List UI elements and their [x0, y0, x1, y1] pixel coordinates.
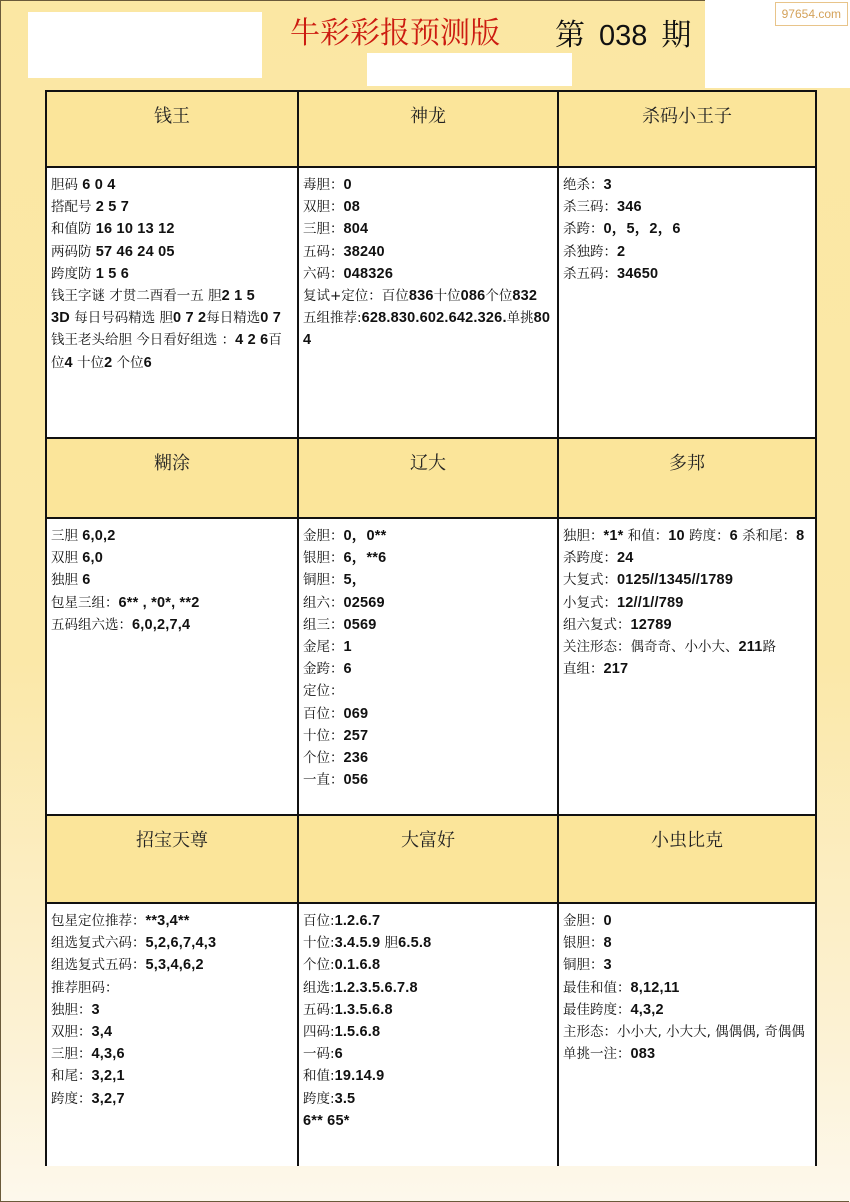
- line-label: 双胆：: [303, 199, 344, 215]
- blank-subtitle-area: [367, 53, 572, 86]
- line-value: 3,2,7: [92, 1091, 125, 1107]
- prediction-cell: 包星定位推荐：**3,4**组选复式六码：5,2,6,7,4,3组选复式五码：5…: [46, 903, 298, 1166]
- expert-name-cell: 辽大: [298, 438, 558, 518]
- line-value: 6: [730, 528, 738, 544]
- prediction-line: 单挑一注：083: [563, 1043, 811, 1065]
- prediction-line: 和值:19.14.9: [303, 1065, 553, 1087]
- issue-suffix: 期: [661, 19, 691, 52]
- line-label: 关注形态：偶奇奇、小小大、: [563, 639, 739, 655]
- line-label: 包星定位推荐：: [51, 913, 146, 929]
- page-title: 牛彩彩报预测版: [290, 14, 500, 54]
- header-row: 糊涂辽大多邦: [46, 438, 816, 518]
- line-label: 双胆：: [51, 1024, 92, 1040]
- line-label: 定位：: [303, 683, 344, 699]
- line-label: 个位:: [303, 957, 335, 973]
- line-value: 0，0**: [344, 528, 387, 544]
- prediction-line: 个位:0.1.6.8: [303, 954, 553, 976]
- header-row: 招宝天尊大富好小虫比克: [46, 815, 816, 903]
- line-value: 3,2,1: [92, 1068, 125, 1084]
- line-label: 五码组六选：: [51, 617, 132, 633]
- line-label: 钱王老头给胆 今日看好组选 ：: [51, 332, 235, 348]
- prediction-line: 独胆：*1* 和值：10 跨度：6 杀和尾：8 杀跨度：24: [563, 525, 811, 569]
- line-value: 6,0,2,7,4: [132, 617, 190, 633]
- prediction-line: 关注形态：偶奇奇、小小大、211路: [563, 636, 811, 658]
- prediction-line: 最佳和值：8,12,11: [563, 977, 811, 999]
- line-label: 跨度防: [51, 266, 96, 282]
- line-label: 跨度：: [685, 528, 730, 544]
- prediction-line: 两码防 57 46 24 05: [51, 241, 293, 263]
- line-value: 34650: [617, 266, 658, 282]
- line-label: 每日号码精选 胆: [70, 310, 173, 326]
- content-row: 胆码 6 0 4搭配号 2 5 7和值防 16 10 13 12两码防 57 4…: [46, 167, 816, 438]
- line-value: 2: [617, 244, 625, 260]
- prediction-line: 主形态：小小大, 小大大, 偶偶偶, 奇偶偶: [563, 1021, 811, 1043]
- line-label: 十位: [434, 288, 461, 304]
- prediction-line: 十位：257: [303, 725, 553, 747]
- line-label: 搭配号: [51, 199, 96, 215]
- line-label: 百位:: [303, 913, 335, 929]
- prediction-line: 组三：0569: [303, 614, 553, 636]
- prediction-line: 杀五码：34650: [563, 263, 811, 285]
- line-value: 8: [604, 935, 612, 951]
- prediction-line: 三胆：4,3,6: [51, 1043, 293, 1065]
- line-label: 两码防: [51, 244, 96, 260]
- line-label: 十位: [73, 355, 104, 371]
- prediction-line: 双胆：3,4: [51, 1021, 293, 1043]
- line-value: 4 2 6: [235, 332, 268, 348]
- line-label: 一直：: [303, 772, 344, 788]
- line-label: 组六复式：: [563, 617, 631, 633]
- line-value: 24: [617, 550, 634, 566]
- line-value: 12//1//789: [617, 595, 684, 611]
- prediction-line: 跨度：3,2,7: [51, 1088, 293, 1110]
- prediction-line: 十位:3.4.5.9 胆6.5.8: [303, 932, 553, 954]
- line-value: 8,12,11: [631, 980, 680, 996]
- prediction-line: 包星三组：6** , *0*, **2: [51, 592, 293, 614]
- line-value: 4,3,6: [92, 1046, 125, 1062]
- prediction-list: 绝杀：3杀三码：346杀跨：0，5，2，6杀独跨：2杀五码：34650: [559, 168, 815, 285]
- prediction-line: 金胆：0: [563, 910, 811, 932]
- line-label: 杀跨度：: [563, 550, 617, 566]
- line-label: 四码:: [303, 1024, 335, 1040]
- content-row: 包星定位推荐：**3,4**组选复式六码：5,2,6,7,4,3组选复式五码：5…: [46, 903, 816, 1166]
- prediction-line: 大复式：0125//1345//1789: [563, 569, 811, 591]
- prediction-line: 和值防 16 10 13 12: [51, 218, 293, 240]
- line-label: 个位：: [303, 750, 344, 766]
- prediction-line: 独胆 6: [51, 569, 293, 591]
- prediction-line: 五码组六选：6,0,2,7,4: [51, 614, 293, 636]
- line-value: 3: [604, 177, 612, 193]
- line-value: 0，5，2，6: [604, 221, 681, 237]
- prediction-line: 组选:1.2.3.5.6.7.8: [303, 977, 553, 999]
- prediction-list: 金胆：0银胆：8铜胆：3最佳和值：8,12,11最佳跨度：4,3,2主形态：小小…: [559, 904, 815, 1065]
- prediction-line: 杀独跨：2: [563, 241, 811, 263]
- line-value: 0: [604, 913, 612, 929]
- prediction-line: 胆码 6 0 4: [51, 174, 293, 196]
- prediction-line: 小复式：12//1//789: [563, 592, 811, 614]
- line-value: 6: [144, 355, 152, 371]
- line-value: 836: [409, 288, 434, 304]
- line-value: 3: [604, 957, 612, 973]
- prediction-line: 双胆 6,0: [51, 547, 293, 569]
- line-label: 百位：: [303, 706, 344, 722]
- line-value: 1: [344, 639, 352, 655]
- line-value: 0: [344, 177, 352, 193]
- watermark-link[interactable]: 97654.com: [775, 2, 848, 26]
- prediction-line: 搭配号 2 5 7: [51, 196, 293, 218]
- line-value: 0 7 2: [173, 310, 206, 326]
- line-label: 金尾：: [303, 639, 344, 655]
- prediction-line: 钱王老头给胆 今日看好组选 ：4 2 6百位4 十位2 个位6: [51, 329, 293, 373]
- line-label: 独胆：: [51, 1002, 92, 1018]
- line-label: 银胆：: [563, 935, 604, 951]
- line-label: 和值:: [303, 1068, 335, 1084]
- line-value: 048326: [344, 266, 394, 282]
- line-value: 1 5 6: [96, 266, 129, 282]
- prediction-line: 跨度防 1 5 6: [51, 263, 293, 285]
- line-label: 双胆: [51, 550, 82, 566]
- prediction-list: 胆码 6 0 4搭配号 2 5 7和值防 16 10 13 12两码防 57 4…: [47, 168, 297, 374]
- line-value: 3: [92, 1002, 100, 1018]
- line-value: *1*: [604, 528, 624, 544]
- line-value: 5,3,4,6,2: [146, 957, 204, 973]
- line-label: 六码：: [303, 266, 344, 282]
- prediction-line: 金尾：1: [303, 636, 553, 658]
- expert-name-cell: 招宝天尊: [46, 815, 298, 903]
- prediction-line: 3D 每日号码精选 胆0 7 2每日精选0 7: [51, 307, 293, 329]
- prediction-list: 包星定位推荐：**3,4**组选复式六码：5,2,6,7,4,3组选复式五码：5…: [47, 904, 297, 1110]
- line-value: 6，**6: [344, 550, 387, 566]
- expert-name: 辽大: [410, 453, 446, 474]
- line-value: 6: [344, 661, 352, 677]
- line-label: 每日精选: [206, 310, 260, 326]
- line-value: 211: [739, 639, 763, 655]
- line-label: 路: [763, 639, 777, 655]
- line-value: 19.14.9: [335, 1068, 385, 1084]
- line-label: 和尾：: [51, 1068, 92, 1084]
- line-label: 最佳跨度：: [563, 1002, 631, 1018]
- prediction-line: 组选复式六码：5,2,6,7,4,3: [51, 932, 293, 954]
- line-label: 胆: [380, 935, 398, 951]
- line-label: 银胆：: [303, 550, 344, 566]
- line-label: 个位: [485, 288, 512, 304]
- prediction-cell: 金胆：0银胆：8铜胆：3最佳和值：8,12,11最佳跨度：4,3,2主形态：小小…: [558, 903, 816, 1166]
- issue-number: 038: [599, 20, 647, 52]
- issue-prefix: 第: [555, 19, 585, 52]
- prediction-cell: 绝杀：3杀三码：346杀跨：0，5，2，6杀独跨：2杀五码：34650: [558, 167, 816, 438]
- line-label: 杀和尾：: [738, 528, 796, 544]
- line-value: 3.4.5.9: [335, 935, 381, 951]
- prediction-cell: 胆码 6 0 4搭配号 2 5 7和值防 16 10 13 12两码防 57 4…: [46, 167, 298, 438]
- line-value: 0 7: [260, 310, 281, 326]
- line-value: 236: [344, 750, 369, 766]
- prediction-line: 百位：069: [303, 703, 553, 725]
- line-value: 6** 65*: [303, 1113, 350, 1129]
- line-value: 804: [344, 221, 369, 237]
- expert-name: 大富好: [401, 830, 455, 851]
- expert-name-cell: 小虫比克: [558, 815, 816, 903]
- line-label: 组选:: [303, 980, 335, 996]
- line-value: 6: [335, 1046, 343, 1062]
- line-label: 杀五码：: [563, 266, 617, 282]
- line-value: 8: [796, 528, 804, 544]
- prediction-line: 五码:1.3.5.6.8: [303, 999, 553, 1021]
- line-label: 小复式：: [563, 595, 617, 611]
- prediction-line: 定位：: [303, 680, 553, 702]
- line-label: 和值防: [51, 221, 96, 237]
- line-label: 独胆：: [563, 528, 604, 544]
- line-value: 2 5 7: [96, 199, 129, 215]
- line-value: 6: [82, 572, 90, 588]
- header-row: 钱王神龙杀码小王子: [46, 91, 816, 167]
- line-value: 6,0: [82, 550, 103, 566]
- expert-name: 糊涂: [154, 453, 190, 474]
- prediction-line: 绝杀：3: [563, 174, 811, 196]
- prediction-line: 铜胆：5，: [303, 569, 553, 591]
- line-label: 包星三组：: [51, 595, 119, 611]
- line-label: 和值：: [623, 528, 668, 544]
- line-value: 083: [631, 1046, 656, 1062]
- prediction-line: 三胆：804: [303, 218, 553, 240]
- line-label: 钱王字谜 才贯二酉看一五 胆: [51, 288, 222, 304]
- line-label: 单挑: [507, 310, 534, 326]
- prediction-line: 包星定位推荐：**3,4**: [51, 910, 293, 932]
- expert-name-cell: 多邦: [558, 438, 816, 518]
- expert-name-cell: 神龙: [298, 91, 558, 167]
- prediction-cell: 独胆：*1* 和值：10 跨度：6 杀和尾：8 杀跨度：24大复式：0125//…: [558, 518, 816, 815]
- prediction-line: 五码：38240: [303, 241, 553, 263]
- prediction-line: 五组推荐:628.830.602.642.326.单挑804: [303, 307, 553, 351]
- line-label: 十位：: [303, 728, 344, 744]
- line-value: 086: [461, 288, 486, 304]
- line-value: 12789: [631, 617, 672, 633]
- expert-name-cell: 糊涂: [46, 438, 298, 518]
- line-value: 1.3.5.6.8: [335, 1002, 393, 1018]
- prediction-line: 金胆：0，0**: [303, 525, 553, 547]
- line-value: 1.5.6.8: [335, 1024, 381, 1040]
- line-label: 大复式：: [563, 572, 617, 588]
- line-value: 3D: [51, 310, 70, 326]
- expert-name: 多邦: [669, 453, 705, 474]
- prediction-line: 铜胆：3: [563, 954, 811, 976]
- expert-name: 招宝天尊: [136, 830, 208, 851]
- line-label: 金胆：: [563, 913, 604, 929]
- line-label: 主形态：小小大, 小大大, 偶偶偶, 奇偶偶: [563, 1024, 805, 1040]
- line-label: 五码：: [303, 244, 344, 260]
- prediction-line: 组六：02569: [303, 592, 553, 614]
- expert-name: 小虫比克: [651, 830, 723, 851]
- prediction-line: 6** 65*: [303, 1110, 553, 1132]
- prediction-cell: 毒胆：0双胆：08三胆：804五码：38240六码：048326复试+定位：百位…: [298, 167, 558, 438]
- prediction-line: 最佳跨度：4,3,2: [563, 999, 811, 1021]
- prediction-cell: 百位:1.2.6.7十位:3.4.5.9 胆6.5.8个位:0.1.6.8组选:…: [298, 903, 558, 1166]
- prediction-line: 组选复式五码：5,3,4,6,2: [51, 954, 293, 976]
- line-label: 组六：: [303, 595, 344, 611]
- prediction-line: 三胆 6,0,2: [51, 525, 293, 547]
- line-value: 056: [344, 772, 369, 788]
- prediction-cell: 金胆：0，0**银胆：6，**6铜胆：5，组六：02569组三：0569金尾：1…: [298, 518, 558, 815]
- prediction-list: 毒胆：0双胆：08三胆：804五码：38240六码：048326复试+定位：百位…: [299, 168, 557, 352]
- line-label: 个位: [112, 355, 143, 371]
- line-label: 组选复式六码：: [51, 935, 146, 951]
- prediction-line: 百位:1.2.6.7: [303, 910, 553, 932]
- line-label: 独胆: [51, 572, 82, 588]
- line-label: 绝杀：: [563, 177, 604, 193]
- prediction-line: 杀跨：0，5，2，6: [563, 218, 811, 240]
- line-label: 组三：: [303, 617, 344, 633]
- line-label: 胆码: [51, 177, 82, 193]
- line-value: 38240: [344, 244, 385, 260]
- line-value: 6** , *0*, **2: [119, 595, 200, 611]
- line-value: 346: [617, 199, 642, 215]
- expert-name-cell: 钱王: [46, 91, 298, 167]
- line-value: 1.2.3.5.6.7.8: [335, 980, 418, 996]
- line-label: 铜胆：: [563, 957, 604, 973]
- prediction-line: 一直：056: [303, 769, 553, 791]
- line-value: 6 0 4: [82, 177, 115, 193]
- expert-name: 钱王: [154, 106, 190, 127]
- line-label: 五码:: [303, 1002, 335, 1018]
- line-label: 组选复式五码：: [51, 957, 146, 973]
- line-label: 杀独跨：: [563, 244, 617, 260]
- line-label: 三胆：: [51, 1046, 92, 1062]
- prediction-line: 组六复式：12789: [563, 614, 811, 636]
- line-value: 08: [344, 199, 361, 215]
- prediction-line: 双胆：08: [303, 196, 553, 218]
- line-label: 杀三码：: [563, 199, 617, 215]
- line-value: 0.1.6.8: [335, 957, 381, 973]
- line-value: 069: [344, 706, 369, 722]
- prediction-list: 独胆：*1* 和值：10 跨度：6 杀和尾：8 杀跨度：24大复式：0125//…: [559, 519, 815, 680]
- line-label: 推荐胆码：: [51, 980, 119, 996]
- expert-name-cell: 大富好: [298, 815, 558, 903]
- prediction-list: 百位:1.2.6.7十位:3.4.5.9 胆6.5.8个位:0.1.6.8组选:…: [299, 904, 557, 1132]
- issue-label: 第038期: [555, 16, 691, 56]
- line-value: 257: [344, 728, 369, 744]
- line-value: 3,4: [92, 1024, 113, 1040]
- prediction-line: 复试+定位：百位836十位086个位832: [303, 285, 553, 307]
- line-label: 铜胆：: [303, 572, 344, 588]
- prediction-list: 金胆：0，0**银胆：6，**6铜胆：5，组六：02569组三：0569金尾：1…: [299, 519, 557, 791]
- line-label: 最佳和值：: [563, 980, 631, 996]
- line-value: 10: [668, 528, 685, 544]
- line-value: 628.830.602.642.326.: [362, 310, 507, 326]
- prediction-line: 直组：217: [563, 658, 811, 680]
- line-label: 单挑一注：: [563, 1046, 631, 1062]
- line-value: **3,4**: [146, 913, 190, 929]
- line-value: 217: [604, 661, 629, 677]
- line-value: 0569: [344, 617, 377, 633]
- expert-name: 神龙: [410, 106, 446, 127]
- line-value: 57 46 24 05: [96, 244, 175, 260]
- prediction-line: 四码:1.5.6.8: [303, 1021, 553, 1043]
- prediction-line: 个位：236: [303, 747, 553, 769]
- line-label: 复试+定位：百位: [303, 288, 409, 304]
- prediction-line: 独胆：3: [51, 999, 293, 1021]
- line-value: 6,0,2: [82, 528, 115, 544]
- expert-name-cell: 杀码小王子: [558, 91, 816, 167]
- prediction-line: 和尾：3,2,1: [51, 1065, 293, 1087]
- prediction-cell: 三胆 6,0,2双胆 6,0独胆 6包星三组：6** , *0*, **2五码组…: [46, 518, 298, 815]
- line-label: 一码:: [303, 1046, 335, 1062]
- expert-name: 杀码小王子: [642, 106, 732, 127]
- line-label: 金跨：: [303, 661, 344, 677]
- line-label: 十位:: [303, 935, 335, 951]
- line-value: 832: [512, 288, 537, 304]
- prediction-line: 推荐胆码：: [51, 977, 293, 999]
- line-label: 三胆：: [303, 221, 344, 237]
- content-row: 三胆 6,0,2双胆 6,0独胆 6包星三组：6** , *0*, **2五码组…: [46, 518, 816, 815]
- line-value: 4: [65, 355, 73, 371]
- line-label: 毒胆：: [303, 177, 344, 193]
- line-label: 跨度:: [303, 1091, 335, 1107]
- line-label: 跨度：: [51, 1091, 92, 1107]
- prediction-line: 银胆：6，**6: [303, 547, 553, 569]
- prediction-line: 跨度:3.5: [303, 1088, 553, 1110]
- line-label: 直组：: [563, 661, 604, 677]
- prediction-line: 金跨：6: [303, 658, 553, 680]
- line-label: 金胆：: [303, 528, 344, 544]
- prediction-table: 钱王神龙杀码小王子胆码 6 0 4搭配号 2 5 7和值防 16 10 13 1…: [45, 90, 817, 1166]
- line-value: 5，: [344, 572, 367, 588]
- line-value: 5,2,6,7,4,3: [146, 935, 217, 951]
- line-label: 三胆: [51, 528, 82, 544]
- blank-logo-area: [28, 12, 262, 78]
- line-label: 五组推荐:: [303, 310, 362, 326]
- prediction-line: 杀三码：346: [563, 196, 811, 218]
- prediction-line: 一码:6: [303, 1043, 553, 1065]
- line-label: 杀跨：: [563, 221, 604, 237]
- line-value: 0125//1345//1789: [617, 572, 733, 588]
- prediction-list: 三胆 6,0,2双胆 6,0独胆 6包星三组：6** , *0*, **2五码组…: [47, 519, 297, 636]
- prediction-line: 钱王字谜 才贯二酉看一五 胆2 1 5: [51, 285, 293, 307]
- line-value: 6.5.8: [398, 935, 431, 951]
- line-value: 4,3,2: [631, 1002, 664, 1018]
- prediction-line: 六码：048326: [303, 263, 553, 285]
- prediction-line: 银胆：8: [563, 932, 811, 954]
- line-value: 02569: [344, 595, 385, 611]
- line-value: 3.5: [335, 1091, 356, 1107]
- line-value: 16 10 13 12: [96, 221, 175, 237]
- line-value: 1.2.6.7: [335, 913, 381, 929]
- line-value: 2 1 5: [222, 288, 255, 304]
- prediction-line: 毒胆：0: [303, 174, 553, 196]
